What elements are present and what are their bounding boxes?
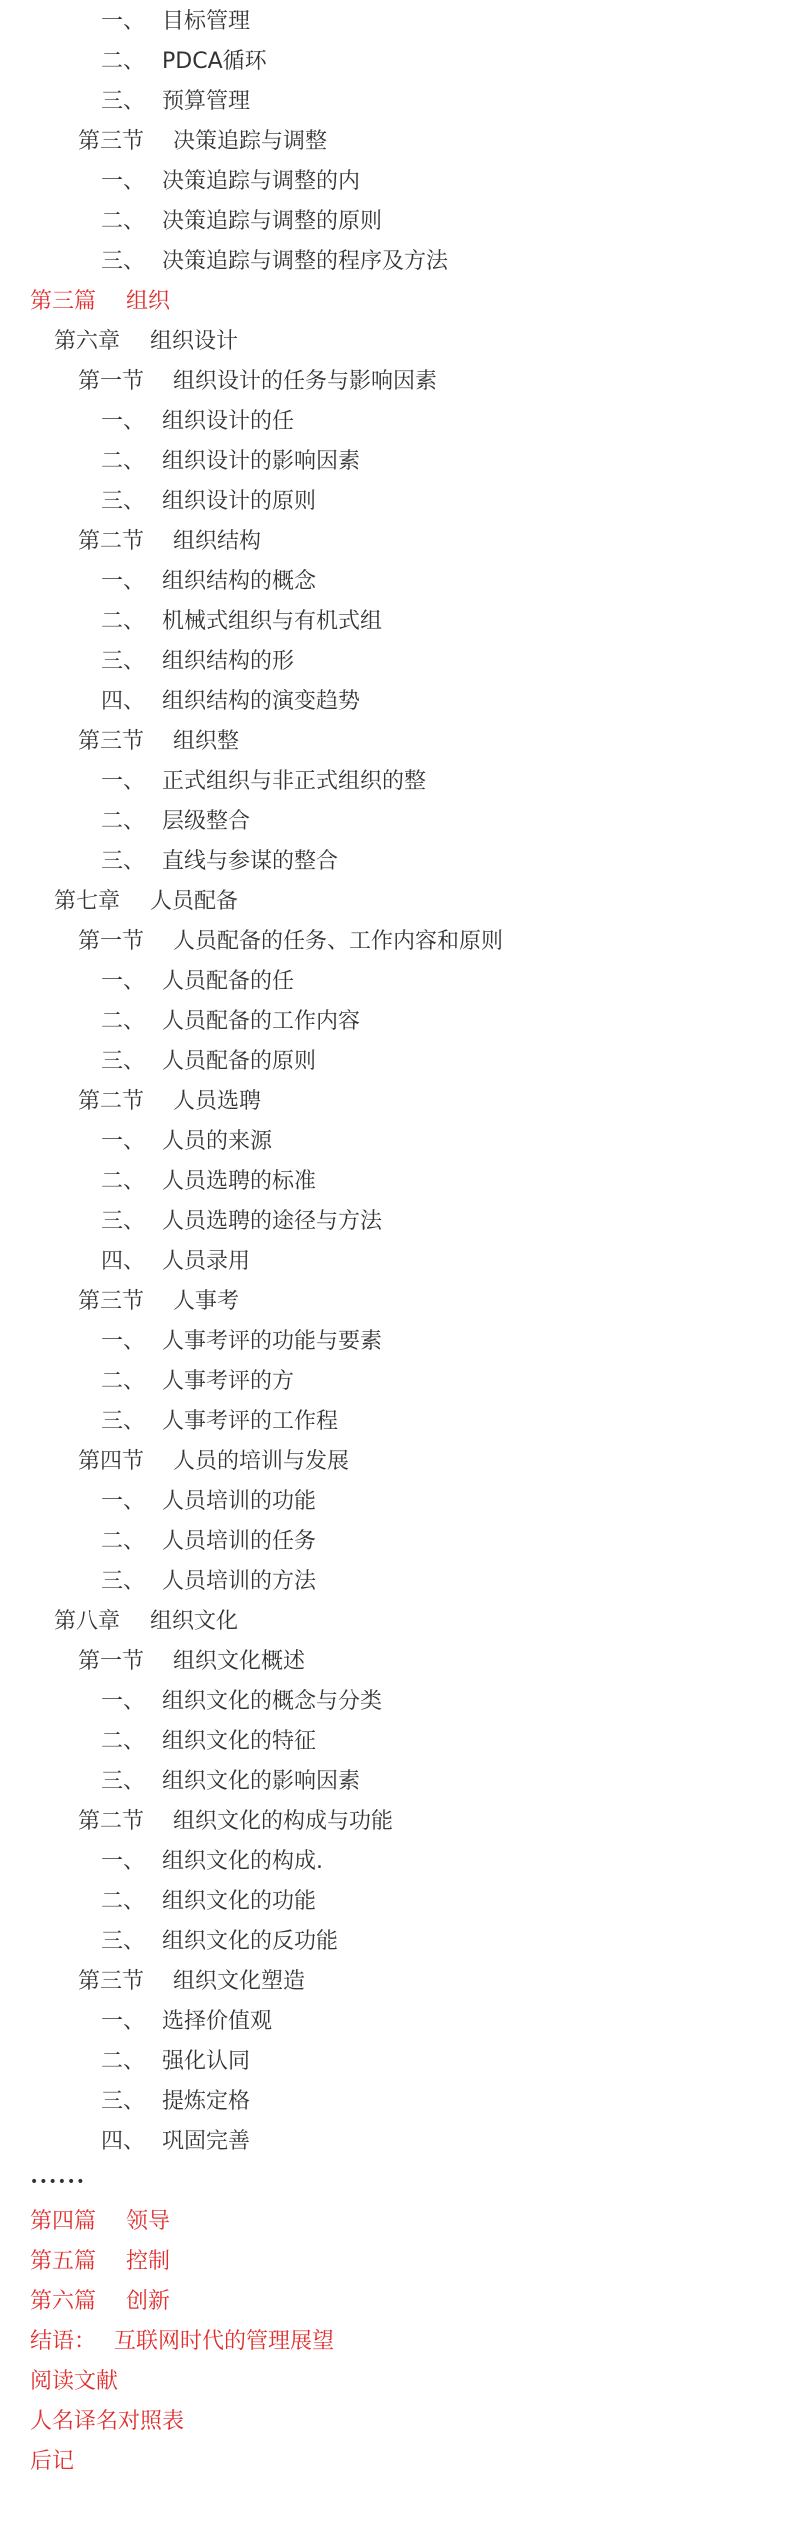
toc-entry-section[interactable]: 第三节组织整 [0, 722, 790, 762]
ellipsis-dots: •••••• [30, 2162, 86, 2202]
toc-entry-item[interactable]: 一、目标管理 [0, 2, 790, 42]
toc-entry-number: 结语： [30, 2322, 96, 2362]
toc-entry-conclusion[interactable]: 结语：互联网时代的管理展望 [0, 2322, 790, 2362]
toc-entry-title: 提炼定格 [162, 2082, 250, 2122]
toc-entry-item[interactable]: 一、组织文化的构成. [0, 1842, 790, 1882]
toc-entry-title: PDCA循环 [162, 42, 267, 82]
toc-entry-number: 第一节 [78, 922, 144, 962]
toc-entry-item[interactable]: 一、选择价值观 [0, 2002, 790, 2042]
toc-entry-chapter[interactable]: 第七章人员配备 [0, 882, 790, 922]
toc-entry-section[interactable]: 第三节组织文化塑造 [0, 1962, 790, 2002]
toc-entry-item[interactable]: 三、组织文化的反功能 [0, 1922, 790, 1962]
toc-entry-number: 第六篇 [30, 2282, 96, 2322]
toc-entry-number: 三、 [101, 1562, 145, 1602]
toc-entry-plain[interactable]: 人名译名对照表 [0, 2402, 790, 2442]
toc-entry-number: 第三节 [78, 1962, 144, 2002]
toc-entry-title: 人事考 [173, 1282, 239, 1322]
toc-entry-number: 三、 [101, 1762, 145, 1802]
toc-entry-title: 人员选聘的途径与方法 [162, 1202, 382, 1242]
toc-entry-number: 二、 [101, 1522, 145, 1562]
toc-entry-number: 二、 [101, 1882, 145, 1922]
toc-entry-chapter[interactable]: 第六章组织设计 [0, 322, 790, 362]
toc-entry-item[interactable]: 一、组织文化的概念与分类 [0, 1682, 790, 1722]
toc-entry-title: 人员配备的工作内容 [162, 1002, 360, 1042]
toc-entry-number: 一、 [101, 1482, 145, 1522]
toc-entry-title: 目标管理 [162, 2, 250, 42]
toc-entry-item[interactable]: 二、组织文化的功能 [0, 1882, 790, 1922]
toc-entry-number: 一、 [101, 962, 145, 1002]
toc-entry-title: 组织设计的任务与影响因素 [173, 362, 437, 402]
toc-entry-title: 组织文化的构成. [162, 1842, 323, 1882]
toc-entry-title: 组织文化的影响因素 [162, 1762, 360, 1802]
toc-entry-title: 人员配备的原则 [162, 1042, 316, 1082]
toc-entry-title: 组织文化的反功能 [162, 1922, 338, 1962]
toc-entry-item[interactable]: 一、组织设计的任 [0, 402, 790, 442]
toc-entry-title: 人员培训的功能 [162, 1482, 316, 1522]
toc-entry-number: 二、 [101, 1002, 145, 1042]
toc-entry-number: 第三篇 [30, 282, 96, 322]
toc-entry-title: 组织文化塑造 [173, 1962, 305, 2002]
toc-entry-title: 选择价值观 [162, 2002, 272, 2042]
toc-entry-number: 一、 [101, 562, 145, 602]
toc-entry-number: 第三节 [78, 1282, 144, 1322]
toc-entry-number: 二、 [101, 802, 145, 842]
toc-entry-title: 正式组织与非正式组织的整 [162, 762, 426, 802]
toc-entry-section[interactable]: 第三节人事考 [0, 1282, 790, 1322]
toc-entry-title: 决策追踪与调整的内 [162, 162, 360, 202]
toc-entry-item[interactable]: 三、直线与参谋的整合 [0, 842, 790, 882]
toc-entry-title: 人员选聘的标准 [162, 1162, 316, 1202]
toc-entry-title: 机械式组织与有机式组 [162, 602, 382, 642]
toc-entry-item[interactable]: 三、提炼定格 [0, 2082, 790, 2122]
toc-entry-title: 组织文化的功能 [162, 1882, 316, 1922]
toc-entry-number: 第二节 [78, 522, 144, 562]
toc-entry-title: 组织结构的演变趋势 [162, 682, 360, 722]
toc-entry-number: 三、 [101, 482, 145, 522]
toc-entry-number: 二、 [101, 442, 145, 482]
toc-entry-item[interactable]: 二、决策追踪与调整的原则 [0, 202, 790, 242]
toc-entry-item[interactable]: 二、层级整合 [0, 802, 790, 842]
toc-entry-section[interactable]: 第二节组织结构 [0, 522, 790, 562]
toc-entry-item[interactable]: 一、组织结构的概念 [0, 562, 790, 602]
toc-entry-title: 组织文化的构成与功能 [173, 1802, 393, 1842]
toc-entry-title: 决策追踪与调整 [173, 122, 327, 162]
toc-entry-part[interactable]: 第五篇控制 [0, 2242, 790, 2282]
toc-entry-item[interactable]: 三、人员培训的方法 [0, 1562, 790, 1602]
toc-entry-title: 人员选聘 [173, 1082, 261, 1122]
toc-entry-number: 第七章 [54, 882, 120, 922]
toc-entry-title: 组织设计的原则 [162, 482, 316, 522]
toc-entry-number: 四、 [101, 1242, 145, 1282]
toc-entry-title: 控制 [126, 2242, 170, 2282]
toc-entry-item[interactable]: 三、组织设计的原则 [0, 482, 790, 522]
toc-entry-number: 二、 [101, 1722, 145, 1762]
toc-entry-title: 人名译名对照表 [30, 2402, 184, 2442]
toc-entry-title: 领导 [126, 2202, 170, 2242]
toc-entry-item[interactable]: 三、人事考评的工作程 [0, 1402, 790, 1442]
toc-entry-item[interactable]: 三、组织结构的形 [0, 642, 790, 682]
toc-entry-title: 组织文化概述 [173, 1642, 305, 1682]
toc-entry-number: 二、 [101, 1162, 145, 1202]
toc-entry-item[interactable]: 三、决策追踪与调整的程序及方法 [0, 242, 790, 282]
toc-entry-item[interactable]: 一、人事考评的功能与要素 [0, 1322, 790, 1362]
toc-entry-number: 第二节 [78, 1082, 144, 1122]
toc-entry-title: 阅读文献 [30, 2362, 118, 2402]
toc-entry-title: 组织文化 [150, 1602, 238, 1642]
toc-entry-item[interactable]: 一、人员培训的功能 [0, 1482, 790, 1522]
toc-entry-title: 直线与参谋的整合 [162, 842, 338, 882]
toc-entry-number: 三、 [101, 1042, 145, 1082]
toc-entry-item[interactable]: 二、人员培训的任务 [0, 1522, 790, 1562]
toc-entry-title: 层级整合 [162, 802, 250, 842]
toc-entry-chapter[interactable]: 第八章组织文化 [0, 1602, 790, 1642]
toc-entry-number: 第二节 [78, 1802, 144, 1842]
toc-entry-number: 四、 [101, 682, 145, 722]
toc-entry-item[interactable]: 二、组织文化的特征 [0, 1722, 790, 1762]
toc-entry-item[interactable]: 一、人员的来源 [0, 1122, 790, 1162]
toc-entry-number: 第四篇 [30, 2202, 96, 2242]
toc-entry-number: 一、 [101, 762, 145, 802]
toc-entry-item[interactable]: 四、巩固完善 [0, 2122, 790, 2162]
toc-entry-number: 第四节 [78, 1442, 144, 1482]
toc-entry-item[interactable]: 三、人员配备的原则 [0, 1042, 790, 1082]
toc-entry-number: 一、 [101, 2002, 145, 2042]
toc-entry-item[interactable]: 三、组织文化的影响因素 [0, 1762, 790, 1802]
toc-entry-number: 第三节 [78, 722, 144, 762]
toc-entry-number: 一、 [101, 2, 145, 42]
toc-entry-section[interactable]: 第二节组织文化的构成与功能 [0, 1802, 790, 1842]
toc-entry-title: 巩固完善 [162, 2122, 250, 2162]
toc-entry-plain[interactable]: 后记 [0, 2442, 790, 2482]
toc-entry-number: 二、 [101, 2042, 145, 2082]
toc-entry-number: 三、 [101, 1402, 145, 1442]
toc-entry-part[interactable]: 第六篇创新 [0, 2282, 790, 2322]
toc-entry-title: 组织结构 [173, 522, 261, 562]
toc-entry-part[interactable]: 第三篇组织 [0, 282, 790, 322]
toc-entry-item[interactable]: 四、人员录用 [0, 1242, 790, 1282]
toc-entry-number: 一、 [101, 162, 145, 202]
toc-entry-section[interactable]: 第一节组织设计的任务与影响因素 [0, 362, 790, 402]
toc-entry-item[interactable]: 二、机械式组织与有机式组 [0, 602, 790, 642]
toc-entry-section[interactable]: 第一节人员配备的任务、工作内容和原则 [0, 922, 790, 962]
toc-entry-section[interactable]: 第二节人员选聘 [0, 1082, 790, 1122]
toc-entry-title: 人员配备的任务、工作内容和原则 [173, 922, 503, 962]
toc-entry-number: 三、 [101, 642, 145, 682]
toc-entry-number: 第五篇 [30, 2242, 96, 2282]
toc-entry-title: 决策追踪与调整的原则 [162, 202, 382, 242]
toc-entry-number: 二、 [101, 42, 145, 82]
toc-entry-number: 二、 [101, 202, 145, 242]
toc-entry-item[interactable]: 一、正式组织与非正式组织的整 [0, 762, 790, 802]
toc-entry-number: 第一节 [78, 362, 144, 402]
toc-entry-item[interactable]: 二、人员配备的工作内容 [0, 1002, 790, 1042]
toc-entry-number: 一、 [101, 1842, 145, 1882]
toc-entry-title: 人事考评的功能与要素 [162, 1322, 382, 1362]
toc-entry-number: 一、 [101, 1322, 145, 1362]
toc-entry-number: 一、 [101, 1682, 145, 1722]
toc-entry-title: 后记 [30, 2442, 74, 2482]
toc-entry-title: 组织设计 [150, 322, 238, 362]
toc-entry-title: 组织结构的形 [162, 642, 294, 682]
toc-entry-item[interactable]: 二、组织设计的影响因素 [0, 442, 790, 482]
toc-entry-number: 三、 [101, 842, 145, 882]
toc-entry-item[interactable]: 二、人员选聘的标准 [0, 1162, 790, 1202]
toc-entry-section[interactable]: 第四节人员的培训与发展 [0, 1442, 790, 1482]
toc-entry-title: 预算管理 [162, 82, 250, 122]
toc-entry-title: 组织 [126, 282, 170, 322]
toc-entry-title: 互联网时代的管理展望 [114, 2322, 334, 2362]
toc-entry-number: 三、 [101, 1202, 145, 1242]
toc-entry-number: 第八章 [54, 1602, 120, 1642]
toc-entry-title: 人员录用 [162, 1242, 250, 1282]
toc-entry-title: 人员配备 [150, 882, 238, 922]
toc-entry-item[interactable]: 三、人员选聘的途径与方法 [0, 1202, 790, 1242]
toc-entry-title: 人员的来源 [162, 1122, 272, 1162]
toc-entry-number: 四、 [101, 2122, 145, 2162]
toc-entry-number: 第三节 [78, 122, 144, 162]
toc-entry-item[interactable]: 一、决策追踪与调整的内 [0, 162, 790, 202]
toc-entry-title: 决策追踪与调整的程序及方法 [162, 242, 448, 282]
toc-entry-title: 组织设计的影响因素 [162, 442, 360, 482]
toc-entry-item[interactable]: 一、人员配备的任 [0, 962, 790, 1002]
toc-entry-plain[interactable]: 阅读文献 [0, 2362, 790, 2402]
toc-entry-number: 三、 [101, 82, 145, 122]
toc-entry-number: 三、 [101, 242, 145, 282]
toc-entry-title: 人事考评的方 [162, 1362, 294, 1402]
toc-entry-title: 组织整 [173, 722, 239, 762]
toc-entry-number: 三、 [101, 1922, 145, 1962]
toc-entry-number: 一、 [101, 1122, 145, 1162]
toc-entry-item[interactable]: 四、组织结构的演变趋势 [0, 682, 790, 722]
toc-entry-number: 第六章 [54, 322, 120, 362]
toc-ellipsis: •••••• [0, 2162, 790, 2202]
toc-entry-number: 一、 [101, 402, 145, 442]
toc-entry-title: 组织文化的特征 [162, 1722, 316, 1762]
toc-entry-section[interactable]: 第三节决策追踪与调整 [0, 122, 790, 162]
toc-entry-title: 人事考评的工作程 [162, 1402, 338, 1442]
toc-entry-number: 二、 [101, 1362, 145, 1402]
toc-entry-number: 第一节 [78, 1642, 144, 1682]
toc-entry-part[interactable]: 第四篇领导 [0, 2202, 790, 2242]
toc-entry-title: 人员培训的方法 [162, 1562, 316, 1602]
toc-entry-title: 强化认同 [162, 2042, 250, 2082]
toc-entry-item[interactable]: 二、PDCA循环 [0, 42, 790, 82]
table-of-contents: 一、目标管理二、PDCA循环三、预算管理第三节决策追踪与调整一、决策追踪与调整的… [0, 2, 790, 2482]
toc-entry-item[interactable]: 三、预算管理 [0, 82, 790, 122]
toc-entry-number: 二、 [101, 602, 145, 642]
toc-entry-title: 组织设计的任 [162, 402, 294, 442]
toc-entry-title: 人员培训的任务 [162, 1522, 316, 1562]
toc-entry-number: 三、 [101, 2082, 145, 2122]
toc-entry-item[interactable]: 二、人事考评的方 [0, 1362, 790, 1402]
toc-entry-title: 组织结构的概念 [162, 562, 316, 602]
toc-entry-title: 组织文化的概念与分类 [162, 1682, 382, 1722]
toc-entry-item[interactable]: 二、强化认同 [0, 2042, 790, 2082]
toc-entry-title: 创新 [126, 2282, 170, 2322]
toc-entry-title: 人员配备的任 [162, 962, 294, 1002]
toc-entry-section[interactable]: 第一节组织文化概述 [0, 1642, 790, 1682]
toc-entry-title: 人员的培训与发展 [173, 1442, 349, 1482]
